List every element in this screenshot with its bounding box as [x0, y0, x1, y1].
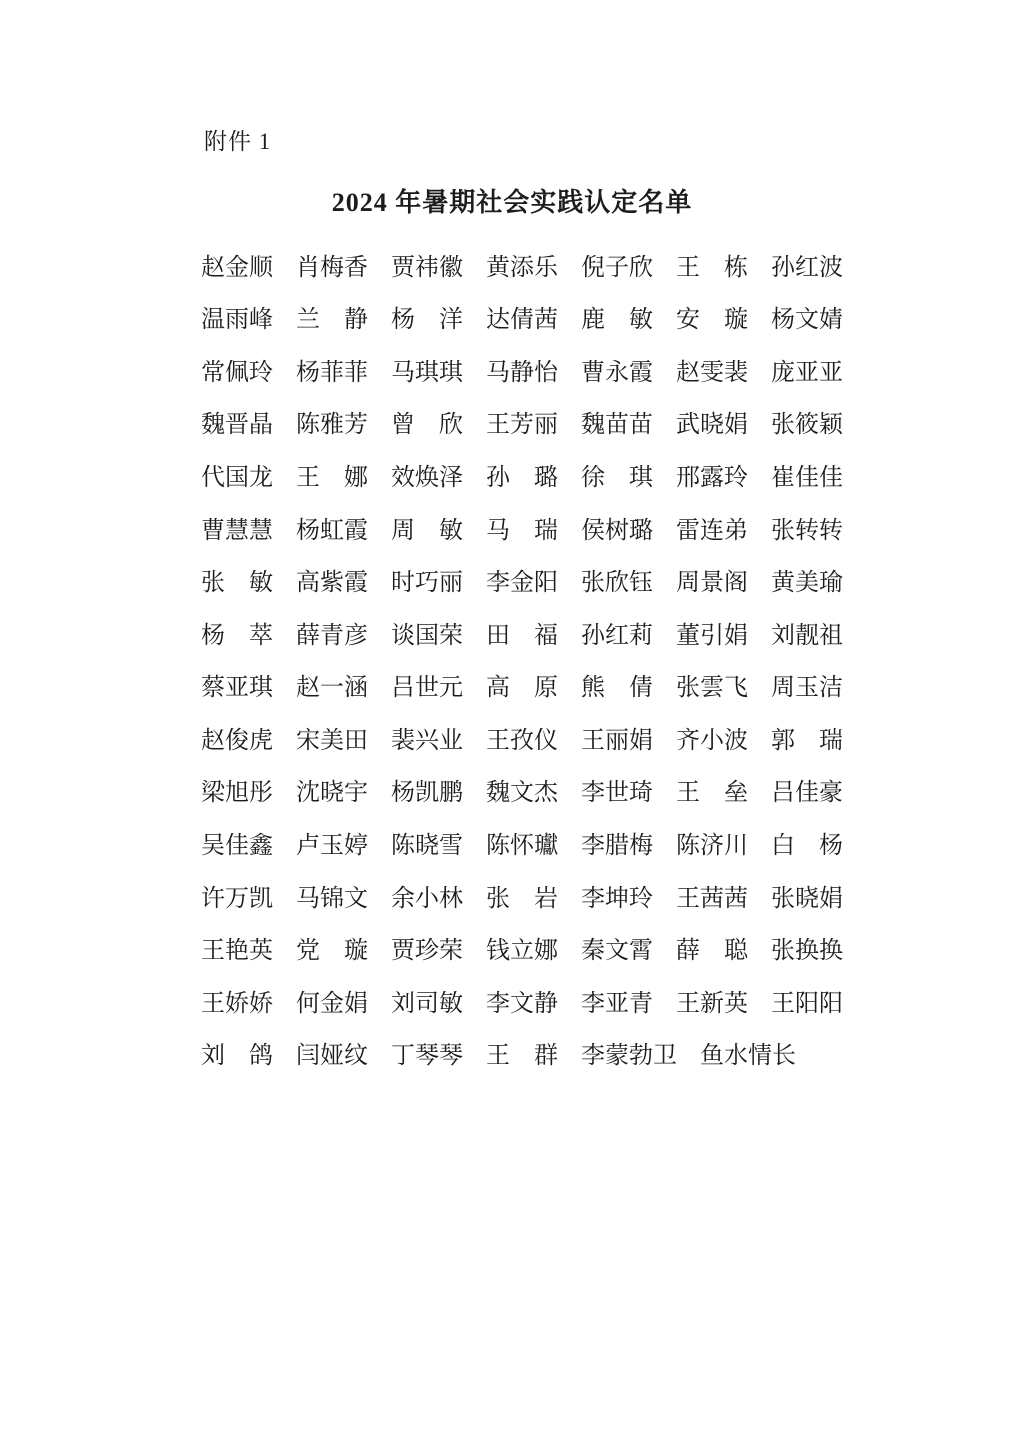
person-name: 梁旭彤 — [201, 781, 273, 805]
person-name: 鹿 敏 — [581, 308, 653, 332]
name-row: 温雨峰兰 静杨 洋达倩茜鹿 敏安 璇杨文婧 — [201, 294, 851, 347]
person-name: 吴佳鑫 — [201, 834, 273, 858]
person-name: 肖梅香 — [296, 256, 368, 280]
name-row: 许万凯马锦文余小林张 岩李坤玲王茜茜张晓娟 — [201, 872, 851, 925]
person-name: 杨凯鹏 — [391, 781, 463, 805]
name-row: 赵金顺肖梅香贾祎徽黄添乐倪子欣王 栋孙红波 — [201, 241, 851, 294]
person-name: 张欣钰 — [581, 571, 653, 595]
person-name: 赵雯裴 — [676, 361, 748, 385]
name-row: 张 敏高紫霞时巧丽李金阳张欣钰周景阁黄美瑜 — [201, 557, 851, 610]
person-name: 刘 鸽 — [201, 1044, 273, 1068]
document-page: 附件 1 2024 年暑期社会实践认定名单 赵金顺肖梅香贾祎徽黄添乐倪子欣王 栋… — [0, 0, 1024, 1448]
person-name: 王芳丽 — [486, 413, 558, 437]
name-list: 赵金顺肖梅香贾祎徽黄添乐倪子欣王 栋孙红波温雨峰兰 静杨 洋达倩茜鹿 敏安 璇杨… — [201, 241, 851, 1083]
person-name: 李蒙勃卫 — [581, 1044, 677, 1068]
person-name: 倪子欣 — [581, 256, 653, 280]
name-row: 魏晋晶陈雅芳曾 欣王芳丽魏苗苗武晓娟张筱颖 — [201, 399, 851, 452]
person-name: 孙红波 — [771, 256, 843, 280]
person-name: 孙红莉 — [581, 624, 653, 648]
person-name: 庞亚亚 — [771, 361, 843, 385]
name-row: 曹慧慧杨虹霞周 敏马 瑞侯树璐雷连弟张转转 — [201, 504, 851, 557]
person-name: 党 璇 — [296, 939, 368, 963]
person-name: 王新英 — [676, 992, 748, 1016]
person-name: 马 瑞 — [486, 519, 558, 543]
person-name: 陈济川 — [676, 834, 748, 858]
person-name: 温雨峰 — [201, 308, 273, 332]
page-title: 2024 年暑期社会实践认定名单 — [0, 187, 1024, 220]
person-name: 李亚青 — [581, 992, 653, 1016]
person-name: 陈怀瓛 — [486, 834, 558, 858]
person-name: 王丽娟 — [581, 729, 653, 753]
person-name: 刘靓祖 — [771, 624, 843, 648]
person-name: 李金阳 — [486, 571, 558, 595]
person-name: 董引娟 — [676, 624, 748, 648]
person-name: 杨 萃 — [201, 624, 273, 648]
person-name: 刘司敏 — [391, 992, 463, 1016]
person-name: 鱼水情长 — [700, 1044, 796, 1068]
person-name: 李世琦 — [581, 781, 653, 805]
person-name: 孙 璐 — [486, 466, 558, 490]
person-name: 侯树璐 — [581, 519, 653, 543]
person-name: 贾珍荣 — [391, 939, 463, 963]
person-name: 王 群 — [486, 1044, 558, 1068]
person-name: 吕佳豪 — [771, 781, 843, 805]
person-name: 张转转 — [771, 519, 843, 543]
person-name: 徐 琪 — [581, 466, 653, 490]
person-name: 曹永霞 — [581, 361, 653, 385]
name-row: 吴佳鑫卢玉婷陈晓雪陈怀瓛李腊梅陈济川白 杨 — [201, 820, 851, 873]
person-name: 代国龙 — [201, 466, 273, 490]
person-name: 效焕泽 — [391, 466, 463, 490]
person-name: 曾 欣 — [391, 413, 463, 437]
person-name: 吕世元 — [391, 676, 463, 700]
person-name: 兰 静 — [296, 308, 368, 332]
person-name: 张 岩 — [486, 887, 558, 911]
person-name: 秦文霄 — [581, 939, 653, 963]
person-name: 蔡亚琪 — [201, 676, 273, 700]
person-name: 陈晓雪 — [391, 834, 463, 858]
person-name: 田 福 — [486, 624, 558, 648]
person-name: 白 杨 — [771, 834, 843, 858]
person-name: 周景阁 — [676, 571, 748, 595]
person-name: 贾祎徽 — [391, 256, 463, 280]
person-name: 卢玉婷 — [296, 834, 368, 858]
person-name: 王 娜 — [296, 466, 368, 490]
person-name: 许万凯 — [201, 887, 273, 911]
person-name: 魏晋晶 — [201, 413, 273, 437]
name-row: 刘 鸽闫娅纹丁琴琴王 群李蒙勃卫鱼水情长 — [201, 1030, 851, 1083]
person-name: 丁琴琴 — [391, 1044, 463, 1068]
person-name: 王 栋 — [676, 256, 748, 280]
person-name: 魏苗苗 — [581, 413, 653, 437]
person-name: 李坤玲 — [581, 887, 653, 911]
person-name: 郭 瑞 — [771, 729, 843, 753]
person-name: 崔佳佳 — [771, 466, 843, 490]
person-name: 王茜茜 — [676, 887, 748, 911]
person-name: 周 敏 — [391, 519, 463, 543]
person-name: 何金娟 — [296, 992, 368, 1016]
name-row: 王艳英党 璇贾珍荣钱立娜秦文霄薛 聪张换换 — [201, 925, 851, 978]
name-row: 赵俊虎宋美田裴兴业王孜仪王丽娟齐小波郭 瑞 — [201, 715, 851, 768]
person-name: 裴兴业 — [391, 729, 463, 753]
person-name: 熊 倩 — [581, 676, 653, 700]
person-name: 赵俊虎 — [201, 729, 273, 753]
person-name: 沈晓宇 — [296, 781, 368, 805]
person-name: 邢露玲 — [676, 466, 748, 490]
name-row: 代国龙王 娜效焕泽孙 璐徐 琪邢露玲崔佳佳 — [201, 452, 851, 505]
name-row: 蔡亚琪赵一涵吕世元高 原熊 倩张雲飞周玉洁 — [201, 662, 851, 715]
person-name: 谈国荣 — [391, 624, 463, 648]
person-name: 李文静 — [486, 992, 558, 1016]
person-name: 黄添乐 — [486, 256, 558, 280]
name-row: 梁旭彤沈晓宇杨凯鹏魏文杰李世琦王 垒吕佳豪 — [201, 767, 851, 820]
person-name: 王阳阳 — [771, 992, 843, 1016]
person-name: 马静怡 — [486, 361, 558, 385]
person-name: 马锦文 — [296, 887, 368, 911]
person-name: 闫娅纹 — [296, 1044, 368, 1068]
person-name: 张换换 — [771, 939, 843, 963]
person-name: 王孜仪 — [486, 729, 558, 753]
person-name: 魏文杰 — [486, 781, 558, 805]
person-name: 余小林 — [391, 887, 463, 911]
person-name: 达倩茜 — [486, 308, 558, 332]
attachment-label: 附件 1 — [204, 128, 1024, 157]
name-row: 王娇娇何金娟刘司敏李文静李亚青王新英王阳阳 — [201, 978, 851, 1031]
person-name: 杨菲菲 — [296, 361, 368, 385]
name-row: 常佩玲杨菲菲马琪琪马静怡曹永霞赵雯裴庞亚亚 — [201, 346, 851, 399]
person-name: 武晓娟 — [676, 413, 748, 437]
person-name: 雷连弟 — [676, 519, 748, 543]
person-name: 赵一涵 — [296, 676, 368, 700]
person-name: 张雲飞 — [676, 676, 748, 700]
person-name: 曹慧慧 — [201, 519, 273, 543]
person-name: 周玉洁 — [771, 676, 843, 700]
person-name: 赵金顺 — [201, 256, 273, 280]
person-name: 陈雅芳 — [296, 413, 368, 437]
person-name: 高 原 — [486, 676, 558, 700]
person-name: 杨虹霞 — [296, 519, 368, 543]
person-name: 张晓娟 — [771, 887, 843, 911]
person-name: 马琪琪 — [391, 361, 463, 385]
person-name: 钱立娜 — [486, 939, 558, 963]
person-name: 高紫霞 — [296, 571, 368, 595]
person-name: 张筱颖 — [771, 413, 843, 437]
person-name: 常佩玲 — [201, 361, 273, 385]
person-name: 齐小波 — [676, 729, 748, 753]
person-name: 张 敏 — [201, 571, 273, 595]
person-name: 安 璇 — [676, 308, 748, 332]
name-row: 杨 萃薛青彦谈国荣田 福孙红莉董引娟刘靓祖 — [201, 609, 851, 662]
person-name: 王 垒 — [676, 781, 748, 805]
person-name: 王艳英 — [201, 939, 273, 963]
person-name: 薛青彦 — [296, 624, 368, 648]
person-name: 王娇娇 — [201, 992, 273, 1016]
person-name: 李腊梅 — [581, 834, 653, 858]
person-name: 杨文婧 — [771, 308, 843, 332]
person-name: 宋美田 — [296, 729, 368, 753]
person-name: 黄美瑜 — [771, 571, 843, 595]
person-name: 时巧丽 — [391, 571, 463, 595]
person-name: 杨 洋 — [391, 308, 463, 332]
person-name: 薛 聪 — [676, 939, 748, 963]
